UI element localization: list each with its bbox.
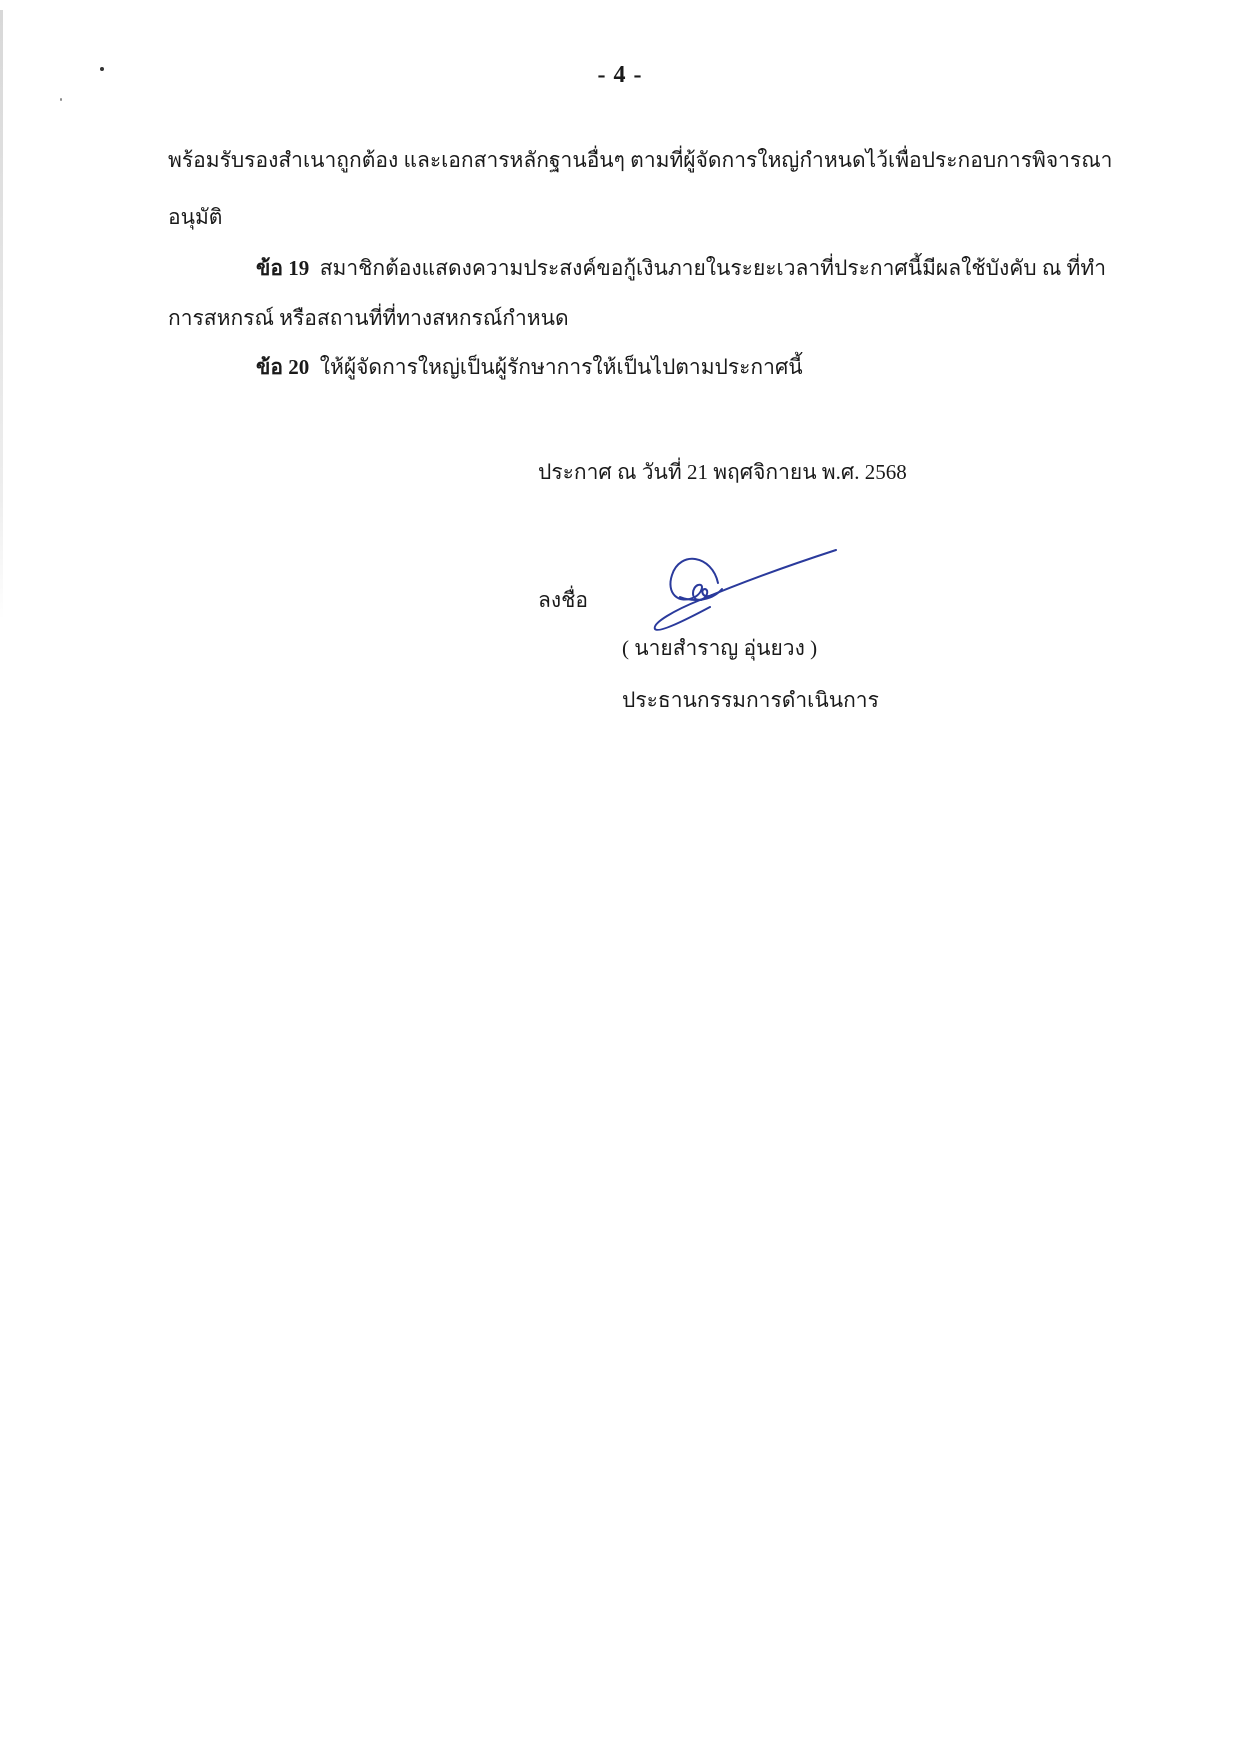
signature-strokes bbox=[655, 550, 836, 630]
continuation-line-1: พร้อมรับรองสำเนาถูกต้อง และเอกสารหลักฐาน… bbox=[168, 150, 1112, 171]
clause-20-label: ข้อ 20 bbox=[256, 355, 309, 379]
clause-19-line-2: การสหกรณ์ หรือสถานที่ที่ทางสหกรณ์กำหนด bbox=[168, 308, 569, 329]
clause-19-label: ข้อ 19 bbox=[256, 256, 309, 280]
clause-20: ข้อ 20 ให้ผู้จัดการใหญ่เป็นผู้รักษาการให… bbox=[256, 357, 803, 378]
clause-19: ข้อ 19 สมาชิกต้องแสดงความประสงค์ขอกู้เงิ… bbox=[256, 258, 1106, 279]
signer-title: ประธานกรรมการดำเนินการ bbox=[622, 690, 879, 711]
scan-speck bbox=[60, 98, 62, 101]
scan-edge-shadow bbox=[0, 10, 3, 620]
clause-19-text: สมาชิกต้องแสดงความประสงค์ขอกู้เงินภายในร… bbox=[320, 256, 1106, 280]
clause-20-text: ให้ผู้จัดการใหญ่เป็นผู้รักษาการให้เป็นไป… bbox=[320, 355, 803, 379]
signature-image bbox=[650, 545, 840, 635]
page-number: - 4 - bbox=[0, 62, 1240, 89]
announcement-date: ประกาศ ณ วันที่ 21 พฤศจิกายน พ.ศ. 2568 bbox=[538, 462, 907, 483]
signer-name: ( นายสำราญ อุ่นยวง ) bbox=[622, 638, 817, 659]
continuation-line-2: อนุมัติ bbox=[168, 207, 222, 228]
sign-label: ลงชื่อ bbox=[538, 590, 588, 611]
